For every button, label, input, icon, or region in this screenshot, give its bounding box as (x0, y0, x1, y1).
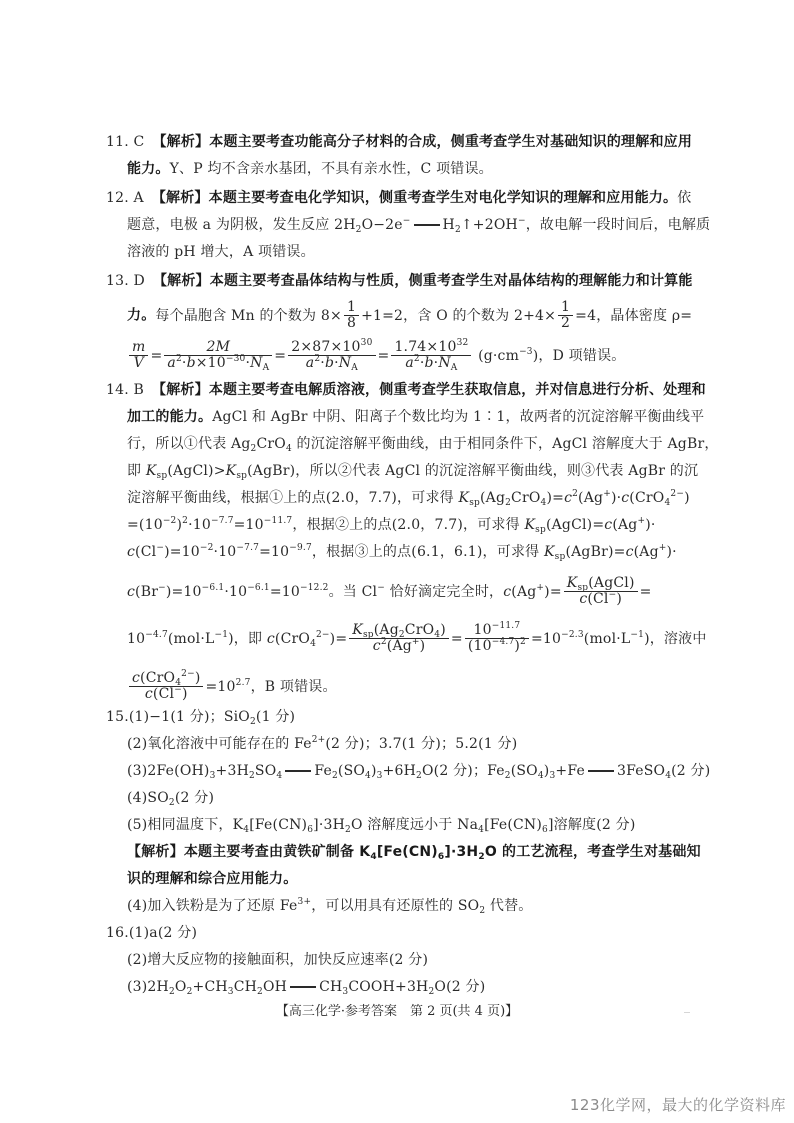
q13-text-2: 力。 (127, 308, 155, 324)
q14-text-6: 淀溶解平衡曲线，根据①上的点(2.0，7.7)，可求得 Ksp(Ag2CrO4)… (127, 490, 690, 506)
q12-number: 12. A (106, 190, 144, 206)
q13-line-2: 力。每个晶胞含 Mn 的个数为 8×18+1=2，含 O 的个数为 2+4×12… (127, 300, 698, 331)
q14-text-3: AgCl 和 AgBr 中阴、阳离子个数比均为 1∶1，故两者的沉淀溶解平衡曲线… (212, 409, 704, 425)
q14-text-1: 本题主要考查电解质溶液，侧重考查学生获取信息，并对信息进行分析、处理和 (209, 382, 706, 398)
q11-line-1: 11. C【解析】本题主要考查功能高分子材料的合成，侧重考查学生对基础知识的理解… (106, 131, 698, 153)
q15-analysis-1: 本题主要考查由黄铁矿制备 K4[Fe(CN)6]·3H2O 的工艺流程，考查学生… (184, 844, 701, 860)
q14-text-4: 行，所以①代表 Ag2CrO4 的沉淀溶解平衡曲线，由于相同条件下，AgCl 溶… (127, 436, 719, 452)
q14-number: 14. B (106, 382, 144, 398)
q14-text-5: 即 Ksp(AgCl)>Ksp(AgBr)，所以②代表 AgCl 的沉淀溶解平衡… (127, 463, 698, 479)
q14-line-7: c(Cl−)=10−2·10−7.7=10−9.7，根据③上的点(6.1，6.1… (127, 541, 698, 563)
q11-text-3: Y、P 均不含亲水基团，不具有亲水性，C 项错误。 (170, 161, 493, 177)
q15-line-5: (5)相同温度下，K4[Fe(CN)6]·3H2O 溶解度远小于 Na4[Fe(… (127, 814, 698, 836)
q14-line-1: 14. B【解析】本题主要考查电解质溶液，侧重考查学生获取信息，并对信息进行分析… (106, 379, 698, 401)
q14-line-3: 行，所以①代表 Ag2CrO4 的沉淀溶解平衡曲线，由于相同条件下，AgCl 溶… (127, 433, 698, 455)
q11-number: 11. C (106, 134, 144, 150)
q15-analysis-3: (4)加入铁粉是为了还原 Fe3+，可以用具有还原性的 SO2 代替。 (127, 898, 533, 914)
q12-line-1: 12. A【解析】本题主要考查电化学知识，侧重考查学生对电化学知识的理解和应用能… (106, 187, 698, 209)
q15-line-1: 15.(1)−1(1 分)；SiO2(1 分) (106, 706, 698, 728)
q15-answer-3: (3)2Fe(OH)3+3H2SO4Fe2(SO4)3+6H2O(2 分)；Fe… (127, 763, 710, 779)
q13-line-3: mV=2Ma2·b×10−30·NA=2×87×1030a2·b·NA=1.74… (127, 340, 698, 371)
q16-line-1: 16.(1)a(2 分) (106, 922, 698, 944)
watermark: 123化学网，最大的化学资料库 (570, 1094, 786, 1115)
q13-tag: 【解析】 (153, 273, 210, 289)
q14-line-9: 10−4.7(mol·L−1)，即 c(CrO42−)=Ksp(Ag2CrO4)… (127, 623, 698, 654)
q13-text-3: 每个晶胞含 Mn 的个数为 8×18+1=2，含 O 的个数为 2+4×12=4… (155, 308, 692, 324)
q15-line-3: (3)2Fe(OH)3+3H2SO4Fe2(SO4)3+6H2O(2 分)；Fe… (127, 760, 698, 782)
q14-text-10: 10−4.7(mol·L−1)，即 c(CrO42−)=Ksp(Ag2CrO4)… (127, 631, 707, 647)
q16-line-3: (3)2H2O2+CH3CH2OHCH3COOH+3H2O(2 分) (127, 976, 698, 998)
scan-artifact (684, 1012, 690, 1013)
q15-answer-4: (4)SO2(2 分) (127, 790, 214, 806)
q13-formula: mV=2Ma2·b×10−30·NA=2×87×1030a2·b·NA=1.74… (127, 348, 625, 364)
q11-text-2: 能力。 (127, 161, 170, 177)
q11-tag: 【解析】 (152, 134, 209, 150)
q14-text-11: c(CrO42−)c(Cl−)=102.7，B 项错误。 (127, 679, 337, 695)
q15-line-2: (2)氧化溶液中可能存在的 Fe2+(2 分)；3.7(1 分)；5.2(1 分… (127, 733, 698, 755)
q16-answer-3: (3)2H2O2+CH3CH2OHCH3COOH+3H2O(2 分) (127, 979, 485, 995)
q15-analysis-line-2: 识的理解和综合应用能力。 (127, 868, 698, 890)
q15-line-4: (4)SO2(2 分) (127, 787, 698, 809)
q14-line-2: 加工的能力。AgCl 和 AgBr 中阴、阳离子个数比均为 1∶1，故两者的沉淀… (127, 406, 698, 428)
q14-text-9: c(Br−)=10−6.1·10−6.1=10−12.2。当 Cl− 恰好滴定完… (127, 584, 652, 600)
q14-tag: 【解析】 (152, 382, 209, 398)
q14-text-2: 加工的能力。 (127, 409, 212, 425)
q12-text-2: 依 (677, 190, 691, 206)
q12-tag: 【解析】 (152, 190, 209, 206)
q16-number: 16. (106, 925, 129, 941)
q15-analysis-line-3: (4)加入铁粉是为了还原 Fe3+，可以用具有还原性的 SO2 代替。 (127, 895, 698, 917)
q13-number: 13. D (106, 273, 145, 289)
q11-line-2: 能力。Y、P 均不含亲水基团，不具有亲水性，C 项错误。 (127, 158, 698, 180)
q13-text-1: 本题主要考查晶体结构与性质，侧重考查学生对晶体结构的理解能力和计算能 (210, 273, 693, 289)
q16-answer-1: (1)a(2 分) (129, 925, 197, 941)
q15-analysis-2: 识的理解和综合应用能力。 (127, 871, 297, 887)
q15-answer-2: (2)氧化溶液中可能存在的 Fe2+(2 分)；3.7(1 分)；5.2(1 分… (127, 736, 517, 752)
q15-number: 15. (106, 709, 129, 725)
q14-line-5: 淀溶解平衡曲线，根据①上的点(2.0，7.7)，可求得 Ksp(Ag2CrO4)… (127, 487, 698, 509)
q12-text-3: 题意，电极 a 为阴极，发生反应 2H2O−2e−H2↑+2OH−，故电解一段时… (127, 217, 710, 233)
q15-answer-1: (1)−1(1 分)；SiO2(1 分) (129, 709, 295, 725)
q16-answer-2: (2)增大反应物的接触面积，加快反应速率(2 分) (127, 952, 428, 968)
q15-analysis-line-1: 【解析】本题主要考查由黄铁矿制备 K4[Fe(CN)6]·3H2O 的工艺流程，… (127, 841, 698, 863)
q11-text-1: 本题主要考查功能高分子材料的合成，侧重考查学生对基础知识的理解和应用 (209, 134, 692, 150)
q14-line-4: 即 Ksp(AgCl)>Ksp(AgBr)，所以②代表 AgCl 的沉淀溶解平衡… (127, 460, 698, 482)
q12-text-4: 溶液的 pH 增大，A 项错误。 (127, 244, 315, 260)
q14-text-8: c(Cl−)=10−2·10−7.7=10−9.7，根据③上的点(6.1，6.1… (127, 544, 677, 560)
q15-tag: 【解析】 (127, 844, 184, 860)
q14-line-10: c(CrO42−)c(Cl−)=102.7，B 项错误。 (127, 671, 698, 702)
q12-line-3: 溶液的 pH 增大，A 项错误。 (127, 241, 698, 263)
q16-line-2: (2)增大反应物的接触面积，加快反应速率(2 分) (127, 949, 698, 971)
q14-line-8: c(Br−)=10−6.1·10−6.1=10−12.2。当 Cl− 恰好滴定完… (127, 576, 698, 607)
q14-text-7: =(10−2)2·10−7.7=10−11.7，根据②上的点(2.0，7.7)，… (127, 517, 656, 533)
q14-line-6: =(10−2)2·10−7.7=10−11.7，根据②上的点(2.0，7.7)，… (127, 514, 698, 536)
page-footer: 【高三化学·参考答案 第 2 页(共 4 页)】 (0, 1000, 794, 1019)
q13-line-1: 13. D【解析】本题主要考查晶体结构与性质，侧重考查学生对晶体结构的理解能力和… (106, 270, 698, 292)
q12-line-2: 题意，电极 a 为阴极，发生反应 2H2O−2e−H2↑+2OH−，故电解一段时… (127, 214, 698, 236)
q12-text-1: 本题主要考查电化学知识，侧重考查学生对电化学知识的理解和应用能力。 (209, 190, 678, 206)
answer-key-page: 11. C【解析】本题主要考查功能高分子材料的合成，侧重考查学生对基础知识的理解… (0, 0, 794, 1123)
q15-answer-5: (5)相同温度下，K4[Fe(CN)6]·3H2O 溶解度远小于 Na4[Fe(… (127, 817, 636, 833)
